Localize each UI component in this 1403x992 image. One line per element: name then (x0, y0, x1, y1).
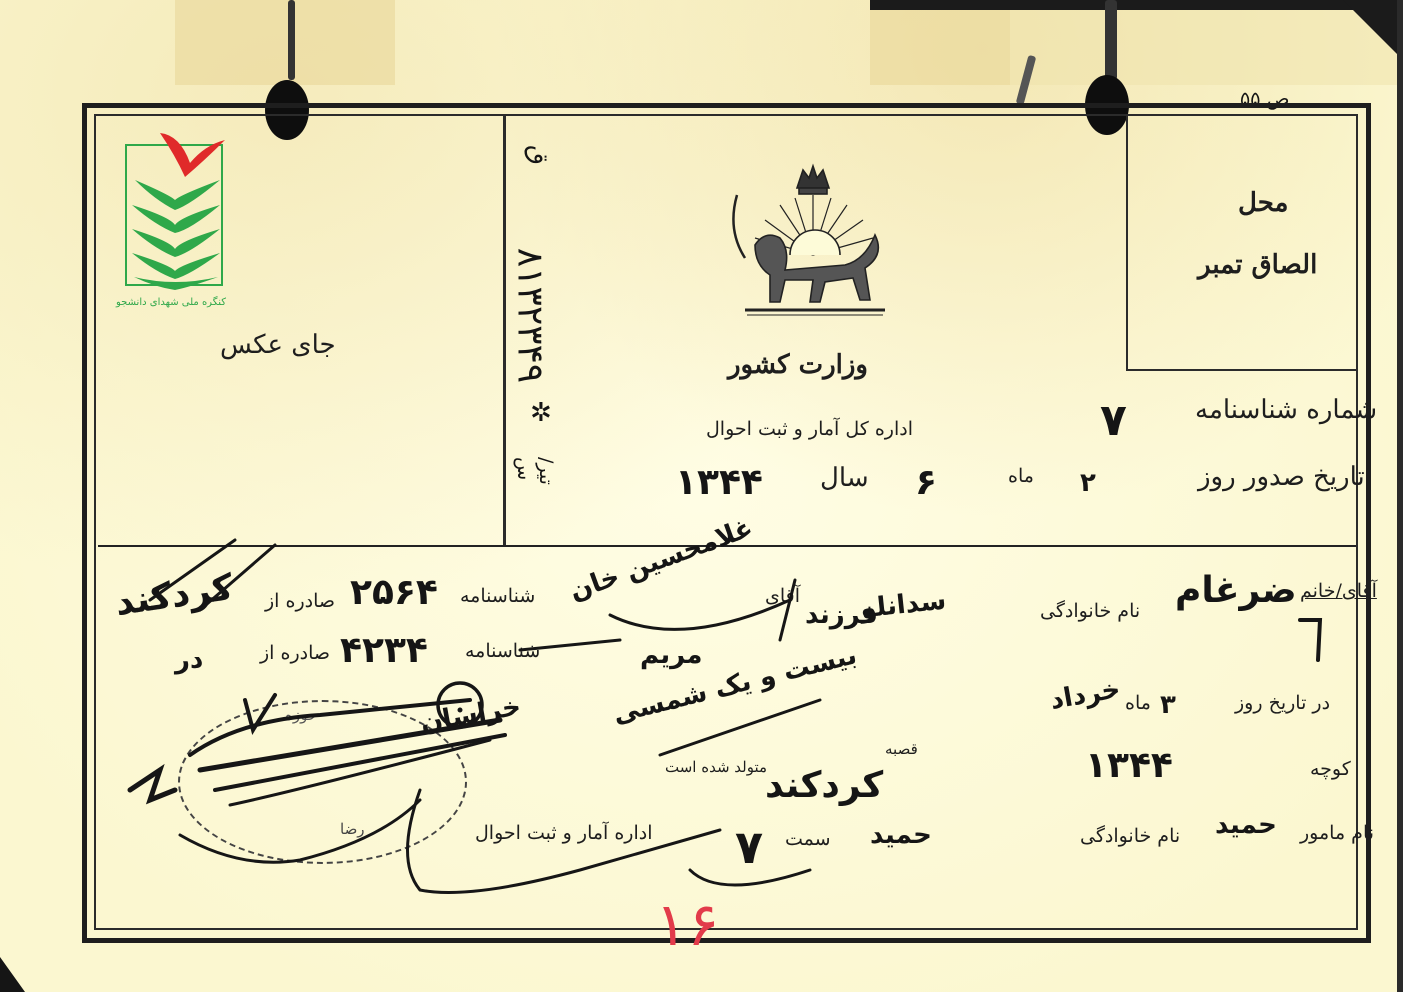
lion-and-sun-icon (725, 160, 900, 325)
family-name-label: نام خانوادگی (1040, 600, 1140, 622)
mother-id-label: شناسنامه (465, 640, 540, 662)
scan-corner (0, 957, 25, 992)
mother-name-value: مریم (640, 640, 702, 670)
issue-year-value: ۱۳۴۴ (675, 462, 763, 503)
asterisk-icon: ✲ (530, 398, 552, 428)
logo-caption: کنگره ملی شهدای دانشجو (116, 297, 226, 308)
position-value: ۷ (735, 820, 763, 874)
dob-label: در تاریخ روز (1235, 692, 1330, 714)
scan-edge (1397, 0, 1403, 992)
town-label: قصبه (885, 740, 918, 758)
name-label: آقای/خانم (1300, 580, 1377, 602)
mother-id-value: ۴۲۳۴ (340, 630, 428, 671)
issue-month-value: ۶ (915, 462, 937, 503)
father-id-value: ۲۵۶۴ (350, 572, 438, 613)
mother-issued-label: صادره از (260, 642, 330, 664)
id-number-value: ۷ (1100, 395, 1127, 446)
scan-edge (870, 0, 1403, 10)
father-id-label: شناسنامه (460, 585, 535, 607)
first-name-value: ضرغام (1175, 570, 1297, 611)
father-title: آقای (765, 585, 800, 607)
serial-prefix: ق (523, 145, 553, 165)
department-title: اداره کل آمار و ثبت احوال (706, 418, 913, 440)
town-value: کردکند (765, 765, 883, 806)
stamp-box-divider (1126, 369, 1356, 371)
mother-issued-value: در (175, 645, 203, 675)
alley-label: کوچه (1310, 758, 1351, 780)
id-number-label: شماره شناسنامه (1195, 395, 1377, 425)
officer-family-name: حمید (870, 820, 932, 850)
officer-first-name: حمید (1215, 810, 1277, 840)
scan-corner (1343, 0, 1403, 60)
tape-strip (870, 0, 1010, 85)
issue-month-label: ماه (1008, 465, 1034, 487)
ink-drip (288, 0, 295, 80)
born-label: متولد شده است (665, 758, 767, 776)
student-martyrs-congress-logo: کنگره ملی شهدای دانشجو (120, 125, 230, 315)
office-label: اداره آمار و ثبت احوال (475, 822, 653, 844)
serial-number-column: ۸۱۳۲۳۴۹ ق ✲ تیر/س‌ (520, 140, 560, 520)
issue-day-label: تاریخ صدور روز (1198, 462, 1365, 492)
stamp-box-label-2: الصاق تمبر (1198, 250, 1317, 280)
official-seal: حوزه رضا (178, 700, 467, 864)
photo-column-divider (503, 116, 506, 546)
child-of-label: فرزند (805, 600, 878, 630)
officer-family-label: نام خانوادگی (1080, 825, 1180, 847)
seal-text: رضا (340, 820, 365, 838)
stamp-box-divider (1126, 116, 1128, 371)
position-label: سمت (785, 828, 831, 850)
seal-text: حوزه (285, 706, 317, 724)
red-page-number: ۱۶ (655, 890, 719, 960)
officer-label: نام مامور (1300, 822, 1374, 844)
father-issued-label: صادره از (265, 590, 335, 612)
stamp-box-label-1: محل (1238, 188, 1288, 218)
wheat-leaves-icon (120, 125, 230, 315)
vertical-note: تیر/س‌ (513, 457, 557, 507)
dob-day-value: ۳ (1160, 690, 1176, 720)
registration-year-value: ۱۳۴۴ (1085, 745, 1173, 786)
ministry-title: وزارت کشور (728, 350, 868, 380)
photo-area-label: جای عکس (220, 330, 336, 360)
issue-year-label: سال (820, 463, 869, 493)
tape-strip (175, 0, 395, 85)
ink-drip (1105, 0, 1117, 80)
issue-day-value: ۲ (1080, 468, 1096, 498)
dob-month-label: ماه (1125, 692, 1151, 714)
